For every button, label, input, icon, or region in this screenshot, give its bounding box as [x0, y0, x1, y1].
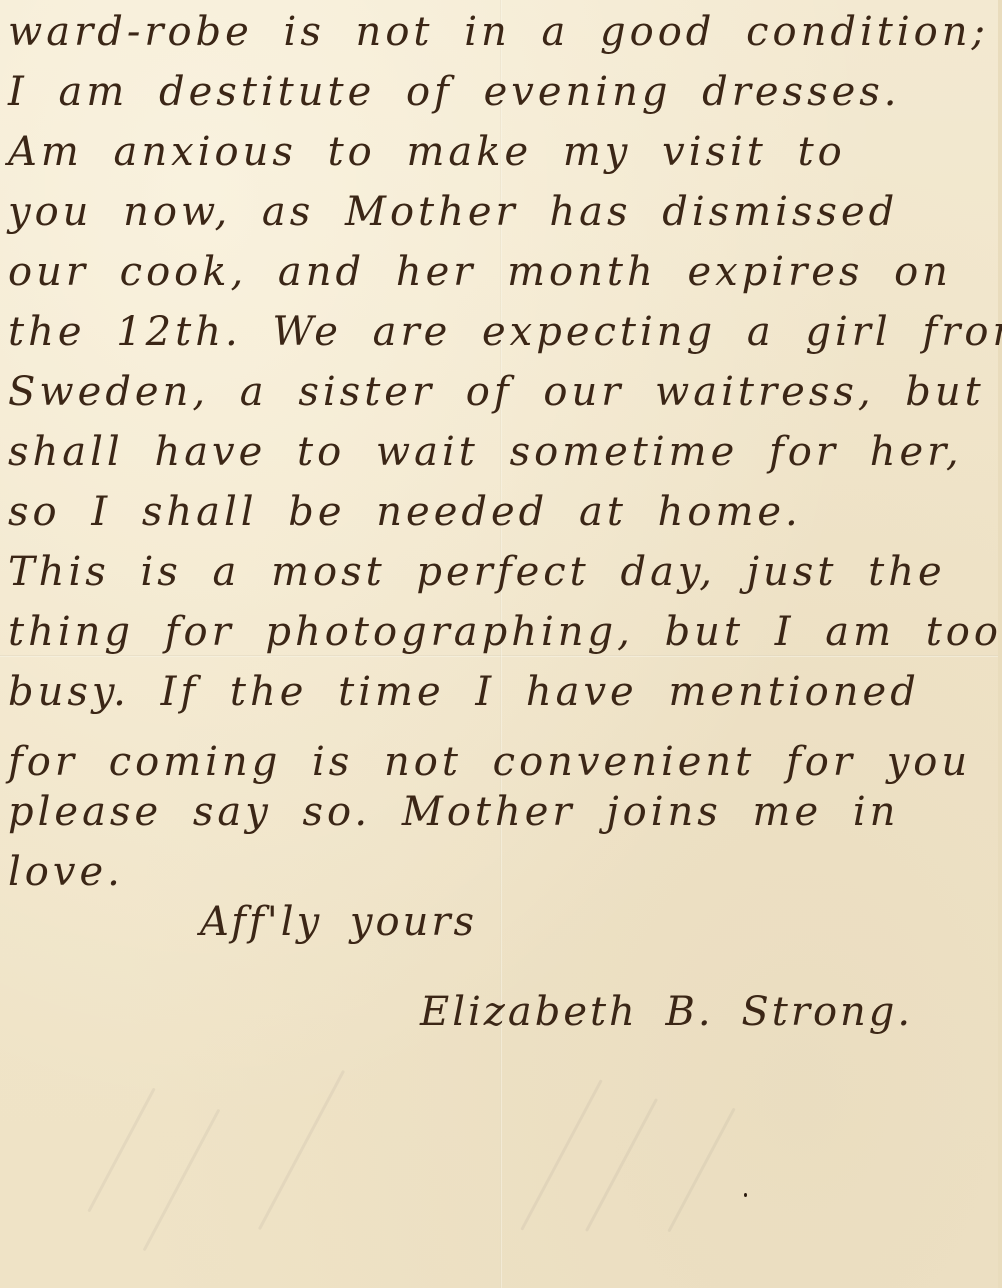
letter-line: you now, as Mother has dismissed	[8, 192, 898, 232]
letter-line: for coming is not convenient for you	[8, 742, 971, 782]
letter-line: Am anxious to make my visit to	[8, 132, 846, 172]
letter-line: the 12th. We are expecting a girl from	[8, 312, 1002, 352]
letter-line: Sweden, a sister of our waitress, but	[8, 372, 985, 412]
letter-page: ward-robe is not in a good condition; I …	[0, 0, 1002, 1288]
letter-line: busy. If the time I have mentioned	[8, 672, 920, 712]
letter-line: our cook, and her month expires on	[8, 252, 952, 292]
letter-line: I am destitute of evening dresses.	[8, 72, 901, 112]
letter-closing: Aff'ly yours	[200, 902, 477, 942]
letter-signature: Elizabeth B. Strong.	[420, 992, 913, 1032]
bleed-through-mark	[143, 1109, 221, 1252]
bleed-through-mark	[520, 1079, 602, 1231]
bleed-through-mark	[87, 1087, 155, 1212]
letter-line: This is a most perfect day, just the	[8, 552, 946, 592]
bleed-through-mark	[258, 1070, 345, 1230]
letter-line: love.	[8, 852, 124, 892]
letter-line: ward-robe is not in a good condition;	[8, 12, 989, 52]
ink-speck	[744, 1193, 747, 1197]
letter-line: shall have to wait sometime for her,	[8, 432, 963, 472]
bleed-through-mark	[585, 1098, 658, 1232]
letter-line: please say so. Mother joins me in	[8, 792, 899, 832]
bleed-through-mark	[667, 1107, 735, 1232]
letter-line: thing for photographing, but I am too	[8, 612, 1002, 652]
letter-line: so I shall be needed at home.	[8, 492, 802, 532]
